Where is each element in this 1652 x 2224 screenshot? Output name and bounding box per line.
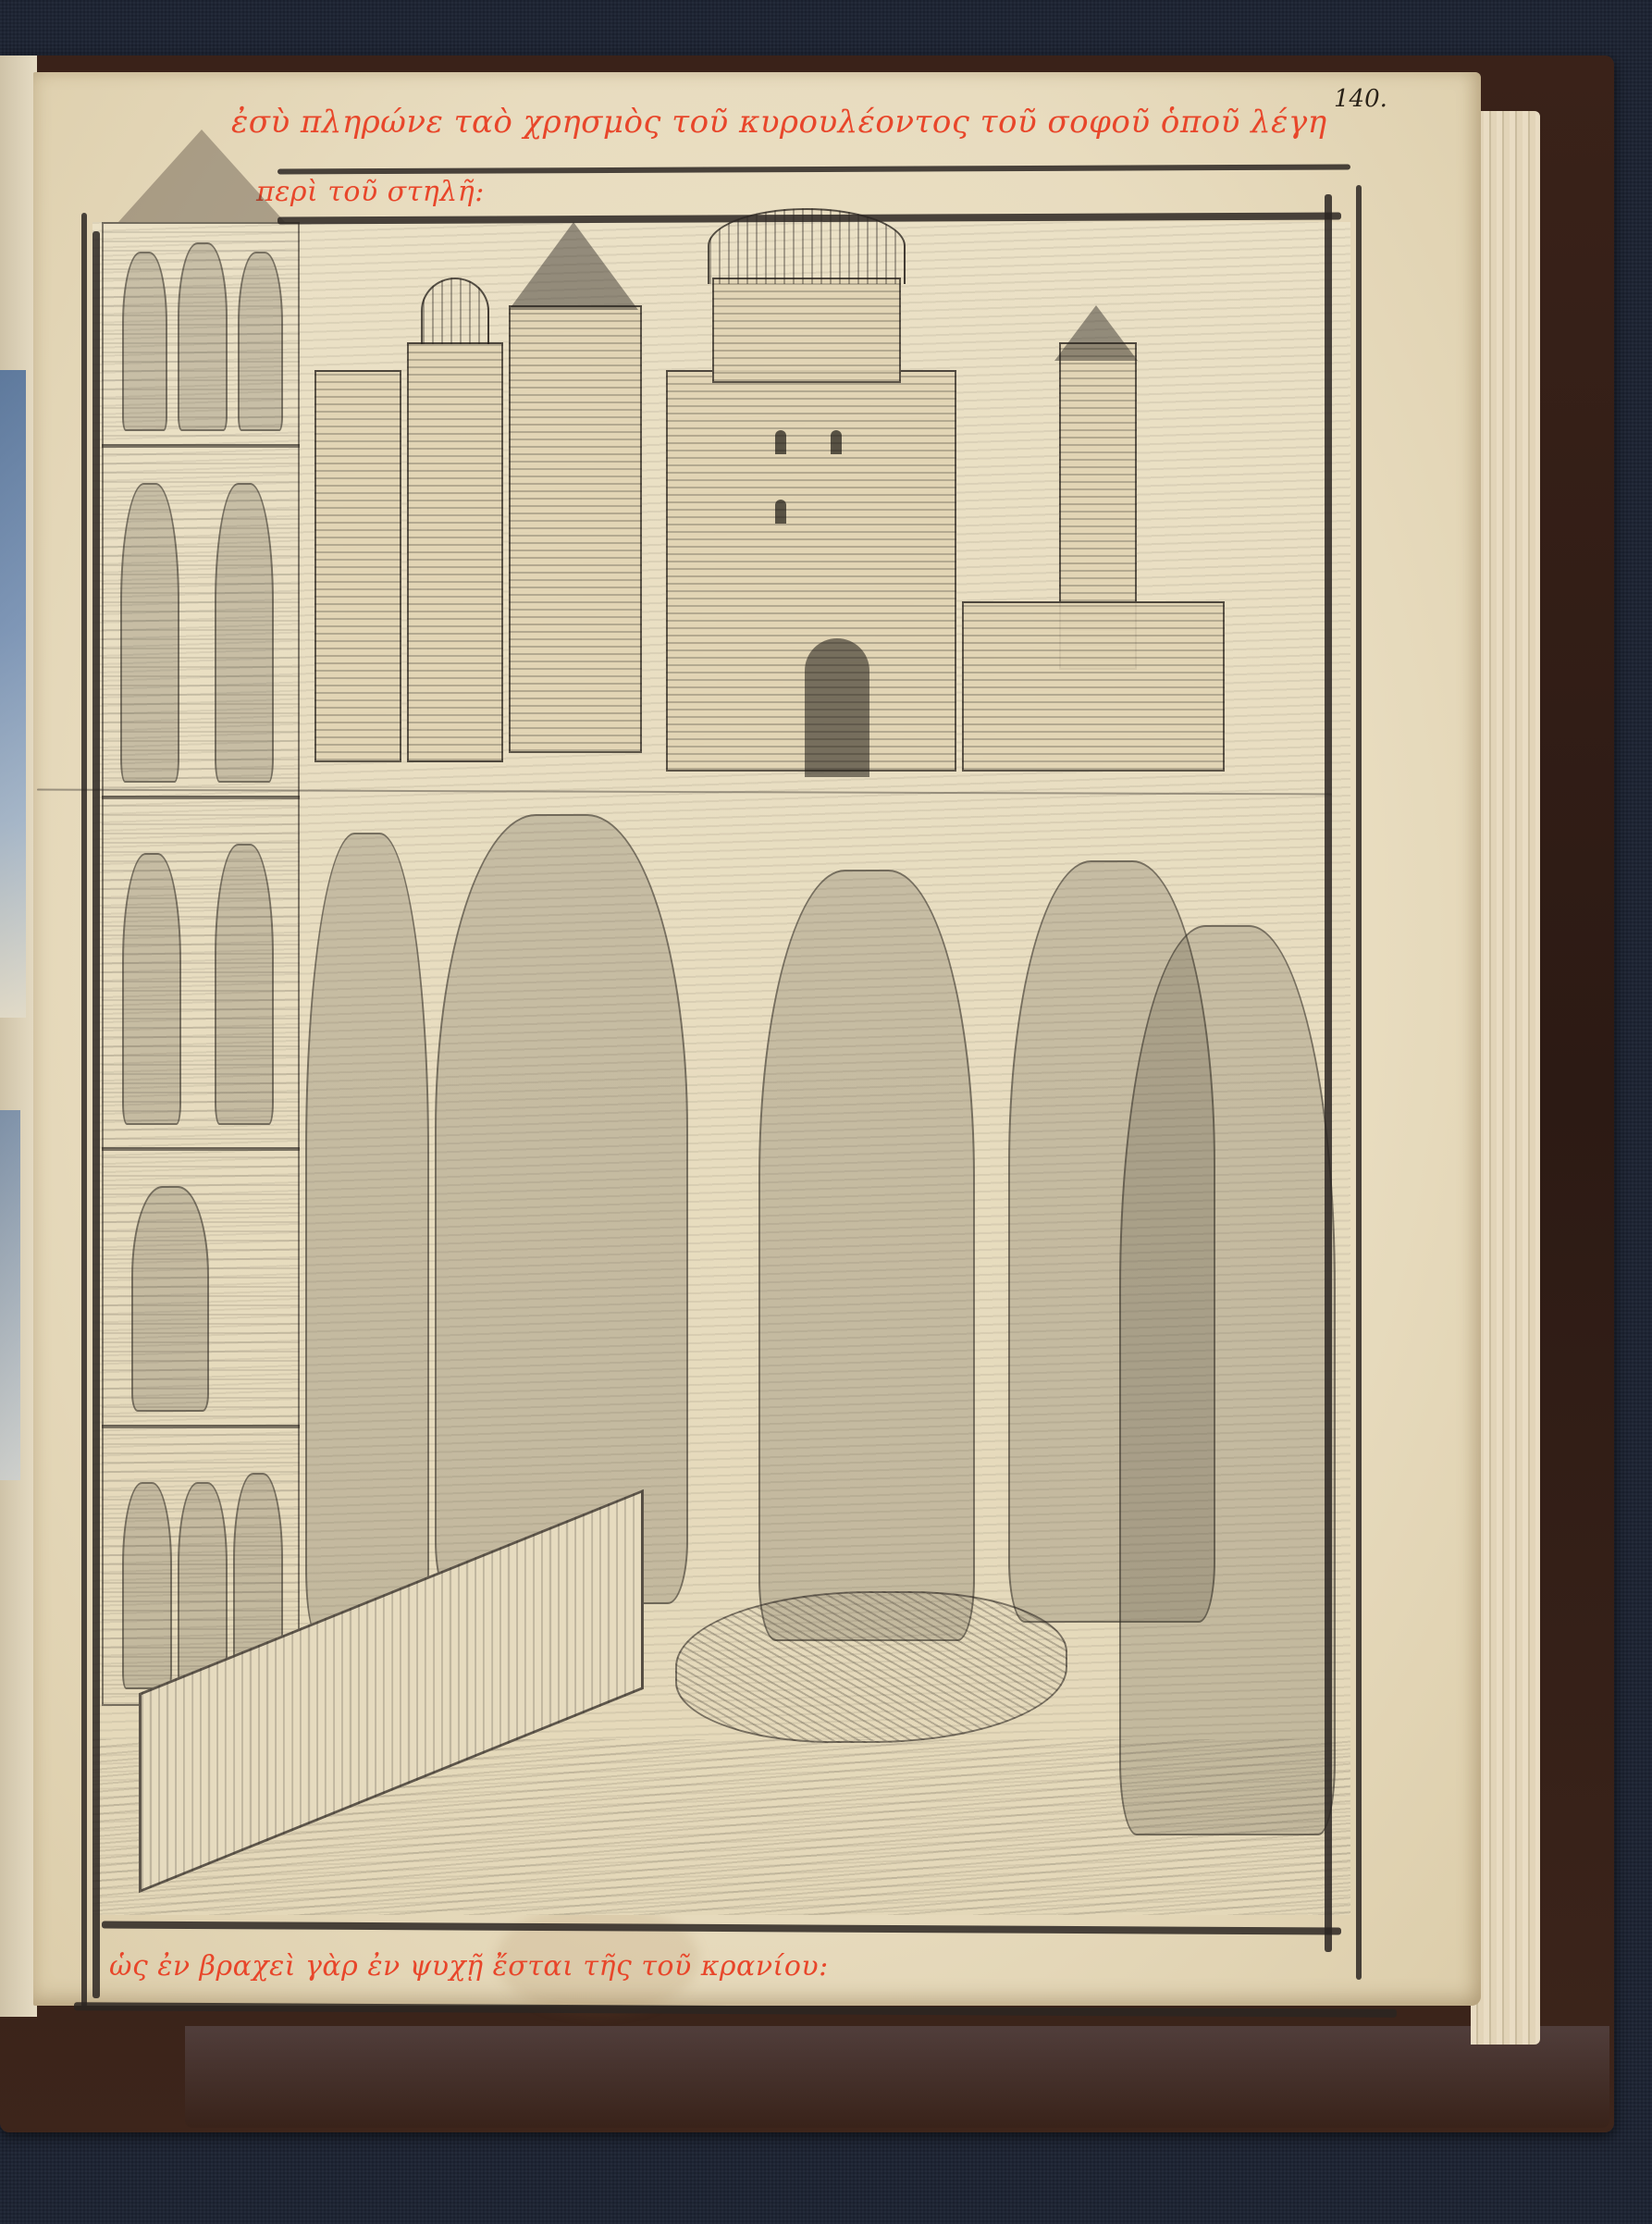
side-panel-2 <box>102 444 300 799</box>
gesturing-figure <box>131 1186 209 1412</box>
turbaned-figure <box>215 483 274 783</box>
standing-figure <box>178 242 228 431</box>
frame-rule-left-inner <box>92 231 100 1998</box>
rubric-heading-line-1: ἐσὺ πληρώνε ταὸ χρησμὸς τοῦ κυρουλέοντος… <box>231 104 1327 141</box>
binding-edge-sheen <box>185 2026 1609 2128</box>
standing-figure <box>122 252 167 431</box>
temple-pediment <box>118 130 285 222</box>
right-wall <box>962 601 1225 772</box>
bearded-bishop-figure <box>1119 925 1336 1835</box>
turbaned-figure <box>120 483 179 783</box>
beast-headed-turbaned-figure <box>435 814 688 1604</box>
right-tower-roof <box>1054 305 1138 361</box>
spire-roof <box>509 222 638 310</box>
city-tower <box>407 342 503 762</box>
window <box>775 500 786 524</box>
facing-page-blue-illumination-lower <box>0 1110 20 1480</box>
rubric-caption: ὡς ἐν βραχεὶ γὰρ ἐν ψυχῇ ἔσται τῆς τοῦ κ… <box>109 1950 829 1983</box>
frame-rule-right-inner <box>1325 194 1332 1952</box>
city-tower-left <box>314 370 401 762</box>
folio-number: 140. <box>1334 85 1387 113</box>
facing-page-blue-illumination <box>0 370 26 1018</box>
spire-tower <box>509 305 642 753</box>
robed-figure <box>215 844 274 1125</box>
mitred-bishop-figure <box>758 870 975 1641</box>
drum-tower <box>712 278 901 383</box>
crowned-figure <box>178 1482 228 1689</box>
winged-beast <box>675 1591 1067 1743</box>
robed-figure <box>122 853 181 1125</box>
frame-rule-left-outer <box>81 213 87 2008</box>
frame-rule-right-outer <box>1356 185 1362 1980</box>
window <box>831 430 842 454</box>
side-panel-column <box>102 130 296 1906</box>
side-panel-1 <box>102 222 300 448</box>
side-panel-3 <box>102 796 300 1151</box>
facing-page-edge <box>0 56 37 2017</box>
page-edges <box>1471 111 1540 2045</box>
window <box>775 430 786 454</box>
skeleton-figure <box>305 833 429 1632</box>
city-gate <box>805 638 869 777</box>
standing-figure <box>238 252 283 431</box>
crowned-figure <box>122 1482 172 1689</box>
small-dome <box>421 278 489 344</box>
side-panel-4 <box>102 1147 300 1428</box>
